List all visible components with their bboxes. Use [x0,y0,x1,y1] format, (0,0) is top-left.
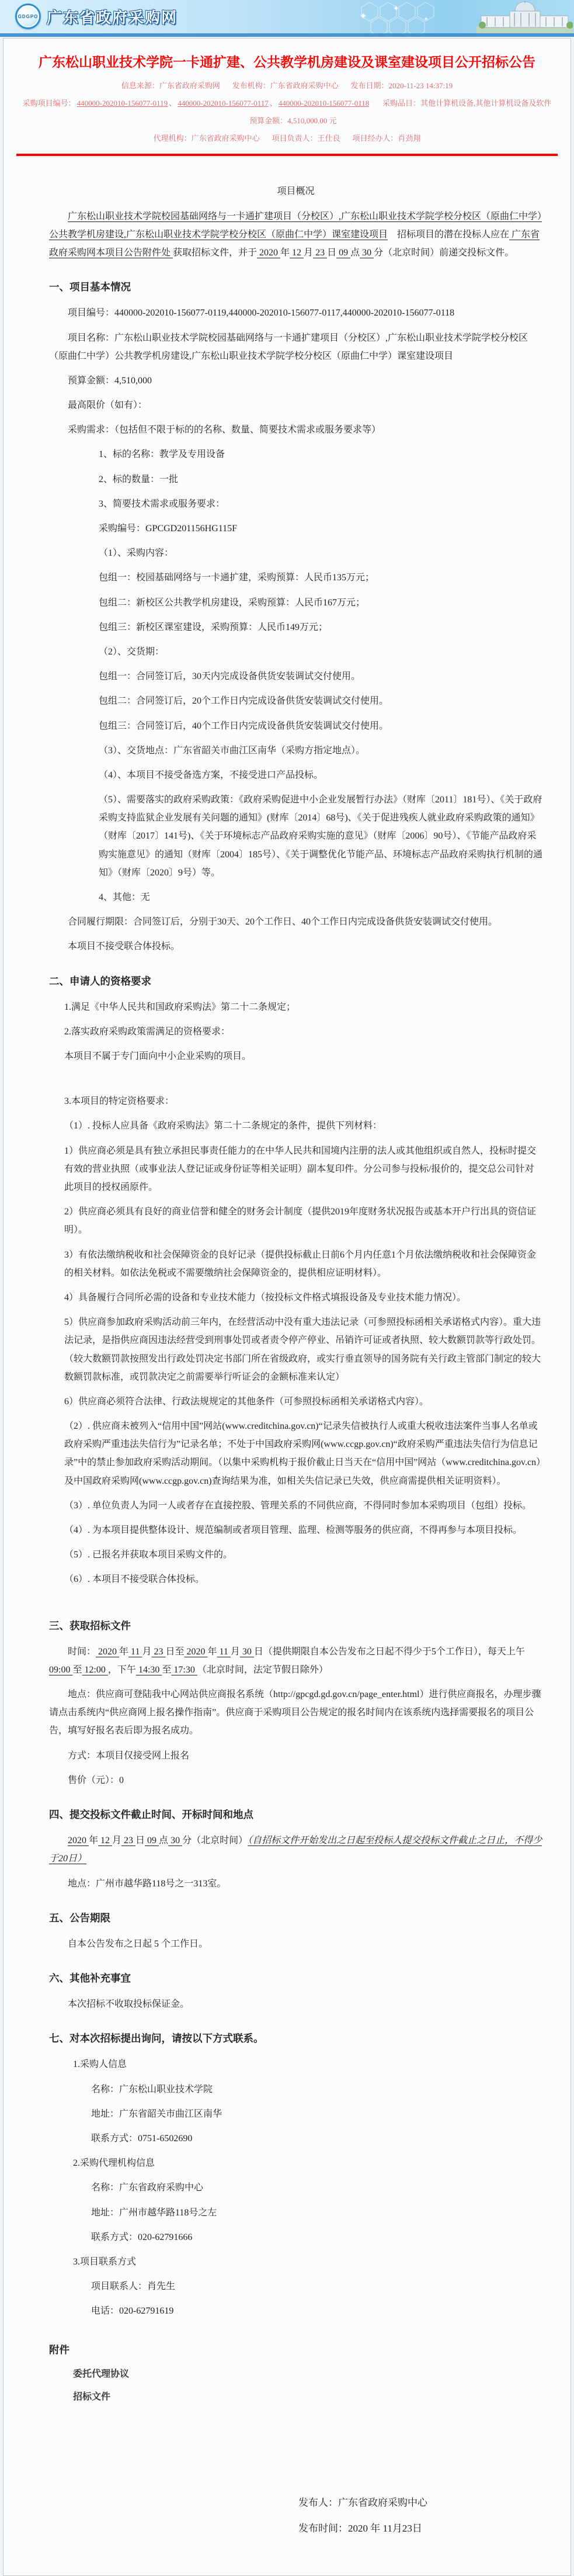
text-run: 3、简要技术需求或服务要求： [99,499,225,509]
paragraph: 地址：广州市越华路118号之左 [91,2204,542,2222]
section-heading: 七、对本次招标提出询问，请按以下方式联系。 [49,2028,542,2048]
paragraph: 包组三：新校区课室建设，采购预算：人民币149万元； [99,618,542,636]
text-run: 3.本项目的特定资格要求： [64,1096,174,1106]
underlined-text: 11 [128,1647,142,1657]
text-run: 四、提交投标文件截止时间、开标时间和地点 [49,1809,253,1820]
section-heading: 五、公告期限 [49,1908,542,1928]
underlined-text: 12 [290,248,304,258]
text-run: 4、其他：无 [99,892,150,902]
paragraph: 自本公告发布之日起 5 个工作日。 [49,1935,542,1953]
paragraph: 3、简要技术需求或服务要求： [99,495,542,513]
text-run: 名称：广东省政府采购中心 [91,2183,203,2193]
paragraph: 地址：广东省韶关市曲江区南华 [91,2105,542,2123]
text-run: 地点：广州市越华路118号之一313室。 [68,1879,226,1889]
paragraph: 联系方式：020-62791666 [91,2228,542,2246]
text-run: 4）具备履行合同所必需的设备和专业技术能力（按投标文件格式填报设备及专业技术能力… [64,1293,466,1303]
text-run: 本项目不接受联合体投标。 [68,941,180,951]
text-run: 电话：020-62791619 [91,2306,173,2316]
underlined-text: 30 [360,248,374,258]
paragraph: 包组三：合同签订后，40个工作日内完成设备供货安装调试交付使用。 [99,717,542,735]
paragraph: 包组一：校园基础网络与一卡通扩建，采购预算：人民币135万元； [99,569,542,587]
text-run: 地点：供应商可登陆我中心网站供应商报名系统（http://gpcgd.gd.go… [49,1689,541,1736]
paragraph: 名称：广东松山职业技术学院 [91,2080,542,2099]
text-run: （3）. 单位负责人为同一人或者存在直接控股、管理关系的不同供应商，不得同时参加… [64,1501,531,1511]
publisher-label: 发布机构： [232,81,270,90]
sparkle-icon: ✦ [394,5,399,12]
text-run: 2、标的数量：一批 [99,475,178,484]
underlined-text: 2020 [257,248,280,258]
paragraph: 时间： 2020 年 11 月 23 日至 2020 年 11 月 30 日（提… [49,1643,542,1679]
text-run: 自本公告发布之日起 5 个工作日。 [68,1939,208,1949]
section-heading: 一、项目基本情况 [49,277,542,297]
paragraph: 本项目不属于专门面向中小企业采购的项目。 [64,1047,542,1065]
text-run: 包组一：校园基础网络与一卡通扩建，采购预算：人民币135万元； [99,573,374,583]
paragraph: 3.项目联系方式 [73,2253,542,2271]
underlined-text: 17:30 [171,1665,197,1675]
text-run: 包组二：新校区公共教学机房建设，采购预算：人民币167万元； [99,598,365,608]
paragraph: 广东松山职业技术学院校园基础网络与一卡通扩建项目（分校区）,广东松山职业技术学院… [49,207,542,262]
paragraph: （3）、交货地点：广东省韶关市曲江区南华（采购方指定地点）。 [99,742,542,760]
text-run: 联系方式：0751-6502690 [91,2134,192,2144]
paragraph: 方式：本项目仅接受网上报名 [49,1747,542,1765]
gdgpo-logo-icon: GDGPO [15,4,41,29]
text-run: 分（北京时间） [182,1836,248,1846]
paragraph: 预算金额：4,510,000 [49,372,542,390]
text-run: 本次招标不收取投标保证金。 [68,1999,189,2009]
text-run: 预算金额：4,510,000 [68,376,152,386]
attachments-heading: 附件 [49,2342,542,2357]
paragraph: 4）具备履行合同所必需的设备和专业技术能力（按投标文件格式填报设备及专业技术能力… [64,1289,542,1307]
text-run: 日 [135,1836,145,1846]
text-run: 年 [119,1647,128,1657]
paragraph: 2、标的数量：一批 [99,470,542,489]
text-run: 年 [207,1647,217,1657]
meta-line-project: 采购项目编号：440000-202010-156077-0119、440000-… [21,95,553,130]
paragraph: 包组二：合同签订后，20个工作日内完成设备供货安装调试交付使用。 [99,692,542,710]
underlined-text: 12 [98,1836,112,1846]
text-run: 售价（元）：0 [68,1775,124,1785]
site-banner: GDGPO 广东省政府采购网 ✦ ✦ ✦ [0,0,574,37]
text-run: 分（北京时间）前递交投标文件。 [374,248,514,258]
banner-decoration: ✦ ✦ ✦ [329,0,574,33]
text-run: 招标项目的潜在投标人应在 [388,230,509,240]
text-run: 最高限价（如有）： [68,400,147,410]
text-run: 日至 [165,1647,184,1657]
announcement-card: 广东松山职业技术学院一卡通扩建、公共教学机房建设及课室建设项目公开招标公告 信息… [3,38,571,2576]
paragraph: 3）有依法缴纳税收和社会保障资金的良好记录（提供投标截止日前6个月内任意1个月依… [64,1246,542,1282]
agency-label: 代理机构： [154,134,192,143]
paragraph: 包组一：合同签订后，30天内完成设备供货安装调试交付使用。 [99,667,542,685]
project-number-link[interactable]: 440000-202010-156077-0118 [277,99,371,108]
meta-line-agency: 代理机构：广东省政府采购中心项目负责人：王仕良项目经办人：肖劲翔 [21,130,553,147]
text-run: 联系方式：020-62791666 [91,2232,192,2242]
underlined-text: 12:00 [82,1665,107,1675]
text-run: 2.落实政府采购政策需满足的资格要求： [64,1027,230,1037]
paragraph: 地点：供应商可登陆我中心网站供应商报名系统（http://gpcgd.gd.go… [49,1685,542,1740]
text-run: 日 [327,248,336,258]
text-run: 年 [89,1836,98,1846]
announcement-meta: 信息来源：广东省政府采购网发布机构：广东省政府采购中心发布日期：2020-11-… [4,77,570,147]
text-run: 1、标的名称：教学及专用设备 [99,449,225,459]
paragraph: 项目联系人：肖先生 [91,2277,542,2295]
site-name: 广东省政府采购网 [47,6,178,27]
paragraph: （2）. 供应商未被列入“信用中国”网站(www.creditchina.gov… [64,1417,542,1490]
gdgpo-logo-text: GDGPO [18,14,39,19]
text-run: （1）、采购内容： [99,548,173,558]
paragraph: 1）供应商必须是具有独立承担民事责任能力的在中华人民共和国境内注册的法人或其他组… [64,1142,542,1197]
paragraph: 售价（元）：0 [49,1771,542,1789]
publish-time: 发布时间：2020 年 11月23日 [298,2516,570,2542]
text-run: 月 [142,1647,151,1657]
text-run: 采购需求：（包括但不限于标的的名称、数量、简要技术需求或服务要求等） [68,425,381,435]
meta-line-source: 信息来源：广东省政府采购网发布机构：广东省政府采购中心发布日期：2020-11-… [21,77,553,95]
paragraph: 4、其他：无 [99,888,542,906]
text-run: （5）. 已报名并获取本项目采购文件的。 [64,1550,232,1560]
text-run: 月 [231,1647,240,1657]
paragraph: （5）、需要落实的政府采购政策：《政府采购促进中小企业发展暂行办法》（财库〔20… [99,791,542,882]
sparkle-icon: ✦ [360,12,367,22]
publish-info: 发布人：广东省政府采购中心 发布时间：2020 年 11月23日 [298,2490,570,2542]
paragraph: （6）. 本项目不接受联合体投标。 [64,1570,542,1588]
text-run: 包组一：合同签订后，30天内完成设备供货安装调试交付使用。 [99,671,360,681]
paragraph: 本项目不接受联合体投标。 [49,937,542,955]
text-run: 3.项目联系方式 [73,2257,136,2267]
text-run: 月 [112,1836,121,1846]
publisher-value: 广东省政府采购中心 [270,81,339,90]
project-numbers: 440000-202010-156077-0119、440000-202010-… [76,99,371,108]
date-value: 2020-11-23 14:37:19 [389,81,453,90]
paragraph: 项目名称：广东松山职业技术学院校园基础网络与一卡通扩建项目（分校区）,广东松山职… [49,329,542,365]
announcement-title: 广东松山职业技术学院一卡通扩建、公共教学机房建设及课室建设项目公开招标公告 [4,54,570,71]
handler-label: 项目经办人： [352,134,398,143]
text-run: 地址：广东省韶关市曲江区南华 [91,2109,222,2119]
text-run: 方式：本项目仅接受网上报名 [68,1751,189,1761]
source-value: 广东省政府采购网 [159,81,220,90]
attachment-link[interactable]: 委托代理协议 [73,2366,542,2380]
text-run: 至 [72,1665,82,1675]
text-run: 名称：广东松山职业技术学院 [91,2085,213,2094]
attachment-links: 委托代理协议招标文件 [49,2366,542,2402]
text-run: 至 [162,1665,171,1675]
text-run: 六、其他补充事宜 [49,1972,131,1984]
paragraph: 2.采购代理机构信息 [73,2154,542,2172]
text-run: 5）供应商参加政府采购活动前三年内，在经营活动中没有重大违法记录（可参照投标函相… [64,1317,541,1382]
text-run: （5）、需要落实的政府采购政策：《政府采购促进中小企业发展暂行办法》（财库〔20… [99,795,542,878]
text-run: 点 [159,1836,168,1846]
text-run: （2）、交货期： [99,647,164,657]
section-heading: 六、其他补充事宜 [49,1968,542,1988]
text-run: 1.满足《中华人民共和国政府采购法》第二十二条规定； [64,1002,295,1012]
text-run: 1.采购人信息 [73,2059,127,2069]
text-run: 2）供应商必须具有良好的商业信誉和健全的财务会计制度（提供2019年度财务状况报… [64,1207,536,1235]
text-run: 1）供应商必须是具有独立承担民事责任能力的在中华人民共和国境内注册的法人或其他组… [64,1146,536,1192]
paragraph: （1）、采购内容： [99,544,542,562]
leader-label: 项目负责人： [272,134,317,143]
paragraph: 名称：广东省政府采购中心 [91,2179,542,2197]
underlined-text: 09 [336,248,350,258]
publish-by-label: 发布人： [298,2497,338,2508]
project-number-link[interactable]: 440000-202010-156077-0117 [176,99,270,108]
building-illustration [476,1,573,33]
underlined-text: 14:30 [136,1665,162,1675]
underlined-text: 11 [217,1647,230,1657]
text-run: （1）. 投标人应具备《政府采购法》第二十二条规定的条件，提供下列材料： [64,1121,382,1131]
paragraph: 地点：广州市越华路118号之一313室。 [49,1875,542,1893]
paragraph: （3）. 单位负责人为同一人或者存在直接控股、管理关系的不同供应商，不得同时参加… [64,1497,542,1515]
text-run: 二、申请人的资格要求 [49,975,151,987]
budget-label: 预算金额： [249,116,287,125]
text-run: 合同履行期限：合同签订后，分别于30天、20个工作日、40个工作日内完成设备供货… [68,917,498,927]
handler-value: 肖劲翔 [398,134,420,143]
underlined-text: 23 [151,1647,165,1657]
publish-by-value: 广东省政府采购中心 [338,2497,427,2508]
text-run: 3）有依法缴纳税收和社会保障资金的良好记录（提供投标截止日前6个月内任意1个月依… [64,1250,536,1278]
underlined-text: 09 [145,1836,159,1846]
text-run: 获取招标文件，并于 [173,248,257,258]
paragraph: 2.落实政府采购政策需满足的资格要求： [64,1023,542,1041]
page: GDGPO 广东省政府采购网 ✦ ✦ ✦ [0,0,574,2576]
paragraph: 本次招标不收取投标保证金。 [49,1995,542,2013]
paragraph: 1、标的名称：教学及专用设备 [99,445,542,463]
agency-value: 广东省政府采购中心 [192,134,260,143]
paragraph: 电话：020-62791619 [91,2302,542,2320]
budget-value: 4,510,000.00 元 [287,116,337,125]
paragraph: 采购需求：（包括但不限于标的的名称、数量、简要技术需求或服务要求等） [49,421,542,439]
paragraph: 1.满足《中华人民共和国政府采购法》第二十二条规定； [64,998,542,1016]
underlined-text: 09:00 [49,1665,72,1675]
paragraph: （5）. 已报名并获取本项目采购文件的。 [64,1546,542,1564]
text-run: 2.采购代理机构信息 [73,2158,155,2168]
text-run: 项目概况 [277,186,314,196]
underlined-text: 30 [168,1836,182,1846]
paragraph: 5）供应商参加政府采购活动前三年内，在经营活动中没有重大违法记录（可参照投标函相… [64,1313,542,1386]
source-label: 信息来源： [121,81,159,90]
overview-heading: 项目概况 [49,182,542,200]
underlined-text: 23 [313,248,327,258]
project-number-link[interactable]: 440000-202010-156077-0119 [76,99,169,108]
text-run: 项目编号：440000-202010-156077-0119,440000-20… [68,308,454,318]
publish-by: 发布人：广东省政府采购中心 [298,2490,570,2516]
text-run: 五、公告期限 [49,1912,110,1924]
text-run: 包组二：合同签订后，20个工作日内完成设备供货安装调试交付使用。 [99,696,388,706]
text-run: （4）. 为本项目提供整体设计、规范编制或者项目管理、监理、检测等服务的供应商，… [64,1525,522,1535]
text-run: 一、项目基本情况 [49,281,131,293]
text-run: （6）. 本项目不接受联合体投标。 [64,1574,204,1584]
text-run: 项目联系人：肖先生 [91,2281,175,2291]
text-run: （北京时间，法定节假日除外） [197,1665,328,1675]
category-value: 其他计算机设备,其他计算机设备及软件 [420,99,551,108]
text-run: 6）供应商必须符合法律、行政法规规定的其他条件（可参照投标函相关承诺格式内容）。 [64,1397,429,1407]
paragraph: 合同履行期限：合同签订后，分别于30天、20个工作日、40个工作日内完成设备供货… [49,913,542,931]
attachment-link[interactable]: 招标文件 [73,2389,542,2402]
text-run: （2）. 供应商未被列入“信用中国”网站(www.creditchina.gov… [64,1421,541,1486]
publish-time-value: 2020 年 11月23日 [348,2523,422,2534]
paragraph: 1.采购人信息 [73,2055,542,2073]
text-run: 本项目不属于专门面向中小企业采购的项目。 [64,1051,251,1061]
paragraph: 2）供应商必须具有良好的商业信誉和健全的财务会计制度（提供2019年度财务状况报… [64,1203,542,1239]
section-heading: 四、提交投标文件截止时间、开标时间和地点 [49,1805,542,1824]
underlined-text: 23 [121,1836,135,1846]
paragraph: 采购编号：GPCGD201156HG115F [99,520,542,538]
text-run: （4）、本项目不接受备选方案，不接受进口产品投标。 [99,770,323,780]
leader-value: 王仕良 [318,134,340,143]
paragraph: 6）供应商必须符合法律、行政法规规定的其他条件（可参照投标函相关承诺格式内容）。 [64,1393,542,1411]
date-label: 发布日期： [350,81,388,90]
text-run: （3）、交货地点：广东省韶关市曲江区南华（采购方指定地点）。 [99,746,365,756]
attachments-section: 附件 委托代理协议招标文件 [4,2327,570,2402]
text-run: 年 [280,248,290,258]
paragraph: 2020 年 12 月 23 日 09 点 30 分（北京时间）（自招标文件开始… [49,1831,542,1868]
text-run: 日（提供期限自本公告发布之日起不得少于5个工作日），每天上午 [254,1647,525,1657]
paragraph: 包组二：新校区公共教学机房建设，采购预算：人民币167万元； [99,594,542,612]
paragraph: （4）、本项目不接受备选方案，不接受进口产品投标。 [99,766,542,784]
section-heading: 二、申请人的资格要求 [49,971,542,991]
paragraph: 最高限价（如有）： [49,396,542,414]
text-run: 时间： [68,1647,96,1657]
text-run: 月 [304,248,313,258]
paragraph: （4）. 为本项目提供整体设计、规范编制或者项目管理、监理、检测等服务的供应商，… [64,1521,542,1539]
paragraph: 3.本项目的特定资格要求： [64,1092,542,1110]
underlined-text: 30 [240,1647,254,1657]
sparkle-icon: ✦ [424,16,428,22]
publish-time-label: 发布时间： [298,2523,348,2534]
underlined-text: 2020 [184,1647,207,1657]
text-run: 地址：广州市越华路118号之左 [91,2208,217,2218]
text-run: 三、获取招标文件 [49,1620,131,1632]
text-run: 七、对本次招标提出询问，请按以下方式联系。 [49,2033,264,2044]
category-label: 采购品目： [382,99,420,108]
text-run: 项目名称：广东松山职业技术学院校园基础网络与一卡通扩建项目（分校区）,广东松山职… [49,333,528,361]
paragraph: （1）. 投标人应具备《政府采购法》第二十二条规定的条件，提供下列材料： [64,1117,542,1135]
paragraph: （2）、交货期： [99,643,542,661]
site-logo[interactable]: GDGPO 广东省政府采购网 [15,4,178,29]
text-run: 采购编号：GPCGD201156HG115F [99,524,237,534]
underlined-text: 2020 [68,1836,89,1846]
paragraph: 项目编号：440000-202010-156077-0119,440000-20… [49,304,542,322]
text-run: ，下午 [108,1665,136,1675]
text-run: 包组三：新校区课室建设，采购预算：人民币149万元； [99,622,328,632]
project-no-label: 采购项目编号： [23,99,76,108]
text-run: 包组三：合同签订后，40个工作日内完成设备供货安装调试交付使用。 [99,721,388,731]
section-heading: 三、获取招标文件 [49,1616,542,1636]
announcement-body: 项目概况广东松山职业技术学院校园基础网络与一卡通扩建项目（分校区）,广东松山职业… [4,156,570,2320]
underlined-text: 2020 [96,1647,119,1657]
paragraph: 联系方式：0751-6502690 [91,2130,542,2148]
text-run: 点 [350,248,360,258]
